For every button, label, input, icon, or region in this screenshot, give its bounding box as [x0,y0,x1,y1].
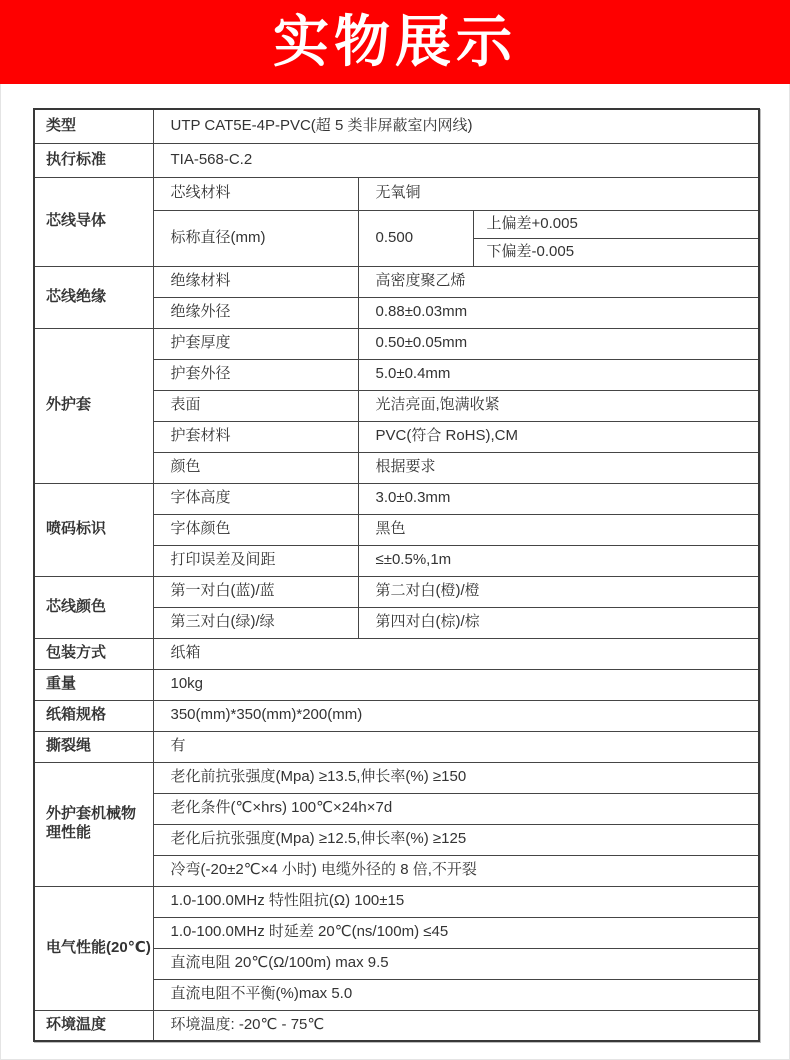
table-row: 执行标准 TIA-568-C.2 [34,143,759,177]
spec-value: 10kg [153,669,759,700]
spec-value: 有 [153,731,759,762]
spec-value: 冷弯(-20±2℃×4 小时) 电缆外径的 8 倍,不开裂 [153,855,759,886]
section-label: 执行标准 [34,143,153,177]
spec-sublabel: 绝缘材料 [153,266,358,297]
page: { "colors": { "banner_bg": "#fe0000", "b… [0,0,790,1060]
section-label: 喷码标识 [34,483,153,576]
section-label: 包装方式 [34,638,153,669]
spec-value: 直流电阻 20℃(Ω/100m) max 9.5 [153,948,759,979]
spec-value: 环境温度: -20℃ - 75℃ [153,1010,759,1041]
spec-table: 类型 UTP CAT5E-4P-PVC(超 5 类非屏蔽室内网线) 执行标准 T… [33,108,760,1042]
spec-value: 直流电阻不平衡(%)max 5.0 [153,979,759,1010]
table-row: 外护套机械物理性能 老化前抗张强度(Mpa) ≥13.5,伸长率(%) ≥150 [34,762,759,793]
spec-sublabel: 芯线材料 [153,177,358,210]
spec-value: 350(mm)*350(mm)*200(mm) [153,700,759,731]
spec-value: 0.50±0.05mm [358,328,759,359]
section-label: 撕裂绳 [34,731,153,762]
section-label: 环境温度 [34,1010,153,1041]
table-row: 重量 10kg [34,669,759,700]
table-row: 电气性能(20℃) 1.0-100.0MHz 特性阻抗(Ω) 100±15 [34,886,759,917]
table-row: 包装方式 纸箱 [34,638,759,669]
banner-title: 实物展示 [273,0,517,84]
section-label: 芯线颜色 [34,576,153,638]
section-label: 电气性能(20℃) [34,886,153,1010]
spec-value: 老化前抗张强度(Mpa) ≥13.5,伸长率(%) ≥150 [153,762,759,793]
spec-value: 根据要求 [358,452,759,483]
spec-sublabel: 颜色 [153,452,358,483]
spec-value: 1.0-100.0MHz 特性阻抗(Ω) 100±15 [153,886,759,917]
spec-sublabel: 打印误差及间距 [153,545,358,576]
tolerance-value: 下偏差-0.005 [473,238,759,266]
section-label: 外护套机械物理性能 [34,762,153,886]
tolerance-value: 上偏差+0.005 [473,210,759,238]
spec-value: 光洁亮面,饱满收紧 [358,390,759,421]
spec-sublabel: 护套外径 [153,359,358,390]
spec-sublabel: 护套材料 [153,421,358,452]
table-row: 芯线绝缘 绝缘材料 高密度聚乙烯 [34,266,759,297]
table-row: 纸箱规格 350(mm)*350(mm)*200(mm) [34,700,759,731]
section-label: 芯线绝缘 [34,266,153,328]
spec-sublabel: 第一对白(蓝)/蓝 [153,576,358,607]
table-row: 环境温度 环境温度: -20℃ - 75℃ [34,1010,759,1041]
spec-value: 老化后抗张强度(Mpa) ≥12.5,伸长率(%) ≥125 [153,824,759,855]
spec-sublabel: 表面 [153,390,358,421]
section-label: 类型 [34,109,153,143]
spec-sublabel: 护套厚度 [153,328,358,359]
spec-sublabel: 绝缘外径 [153,297,358,328]
spec-value: ≤±0.5%,1m [358,545,759,576]
section-label: 重量 [34,669,153,700]
spec-sublabel: 标称直径(mm) [153,210,358,266]
spec-value: 高密度聚乙烯 [358,266,759,297]
spec-value: 0.88±0.03mm [358,297,759,328]
section-label: 纸箱规格 [34,700,153,731]
spec-value: 纸箱 [153,638,759,669]
table-row: 芯线导体 芯线材料 无氧铜 [34,177,759,210]
spec-value: 无氧铜 [358,177,759,210]
spec-value: TIA-568-C.2 [153,143,759,177]
table-row: 芯线颜色 第一对白(蓝)/蓝 第二对白(橙)/橙 [34,576,759,607]
spec-value: 第二对白(橙)/橙 [358,576,759,607]
section-banner: 实物展示 [0,0,790,84]
section-label: 外护套 [34,328,153,483]
table-row: 喷码标识 字体高度 3.0±0.3mm [34,483,759,514]
table-row: 外护套 护套厚度 0.50±0.05mm [34,328,759,359]
spec-value: UTP CAT5E-4P-PVC(超 5 类非屏蔽室内网线) [153,109,759,143]
spec-value: PVC(符合 RoHS),CM [358,421,759,452]
spec-value: 5.0±0.4mm [358,359,759,390]
table-row: 类型 UTP CAT5E-4P-PVC(超 5 类非屏蔽室内网线) [34,109,759,143]
table-row: 撕裂绳 有 [34,731,759,762]
spec-value: 黑色 [358,514,759,545]
section-label: 芯线导体 [34,177,153,266]
spec-value: 0.500 [358,210,473,266]
spec-value: 1.0-100.0MHz 时延差 20℃(ns/100m) ≤45 [153,917,759,948]
spec-value: 3.0±0.3mm [358,483,759,514]
spec-sublabel: 字体高度 [153,483,358,514]
spec-value: 第四对白(棕)/棕 [358,607,759,638]
spec-value: 老化条件(℃×hrs) 100℃×24h×7d [153,793,759,824]
spec-sublabel: 第三对白(绿)/绿 [153,607,358,638]
spec-sublabel: 字体颜色 [153,514,358,545]
